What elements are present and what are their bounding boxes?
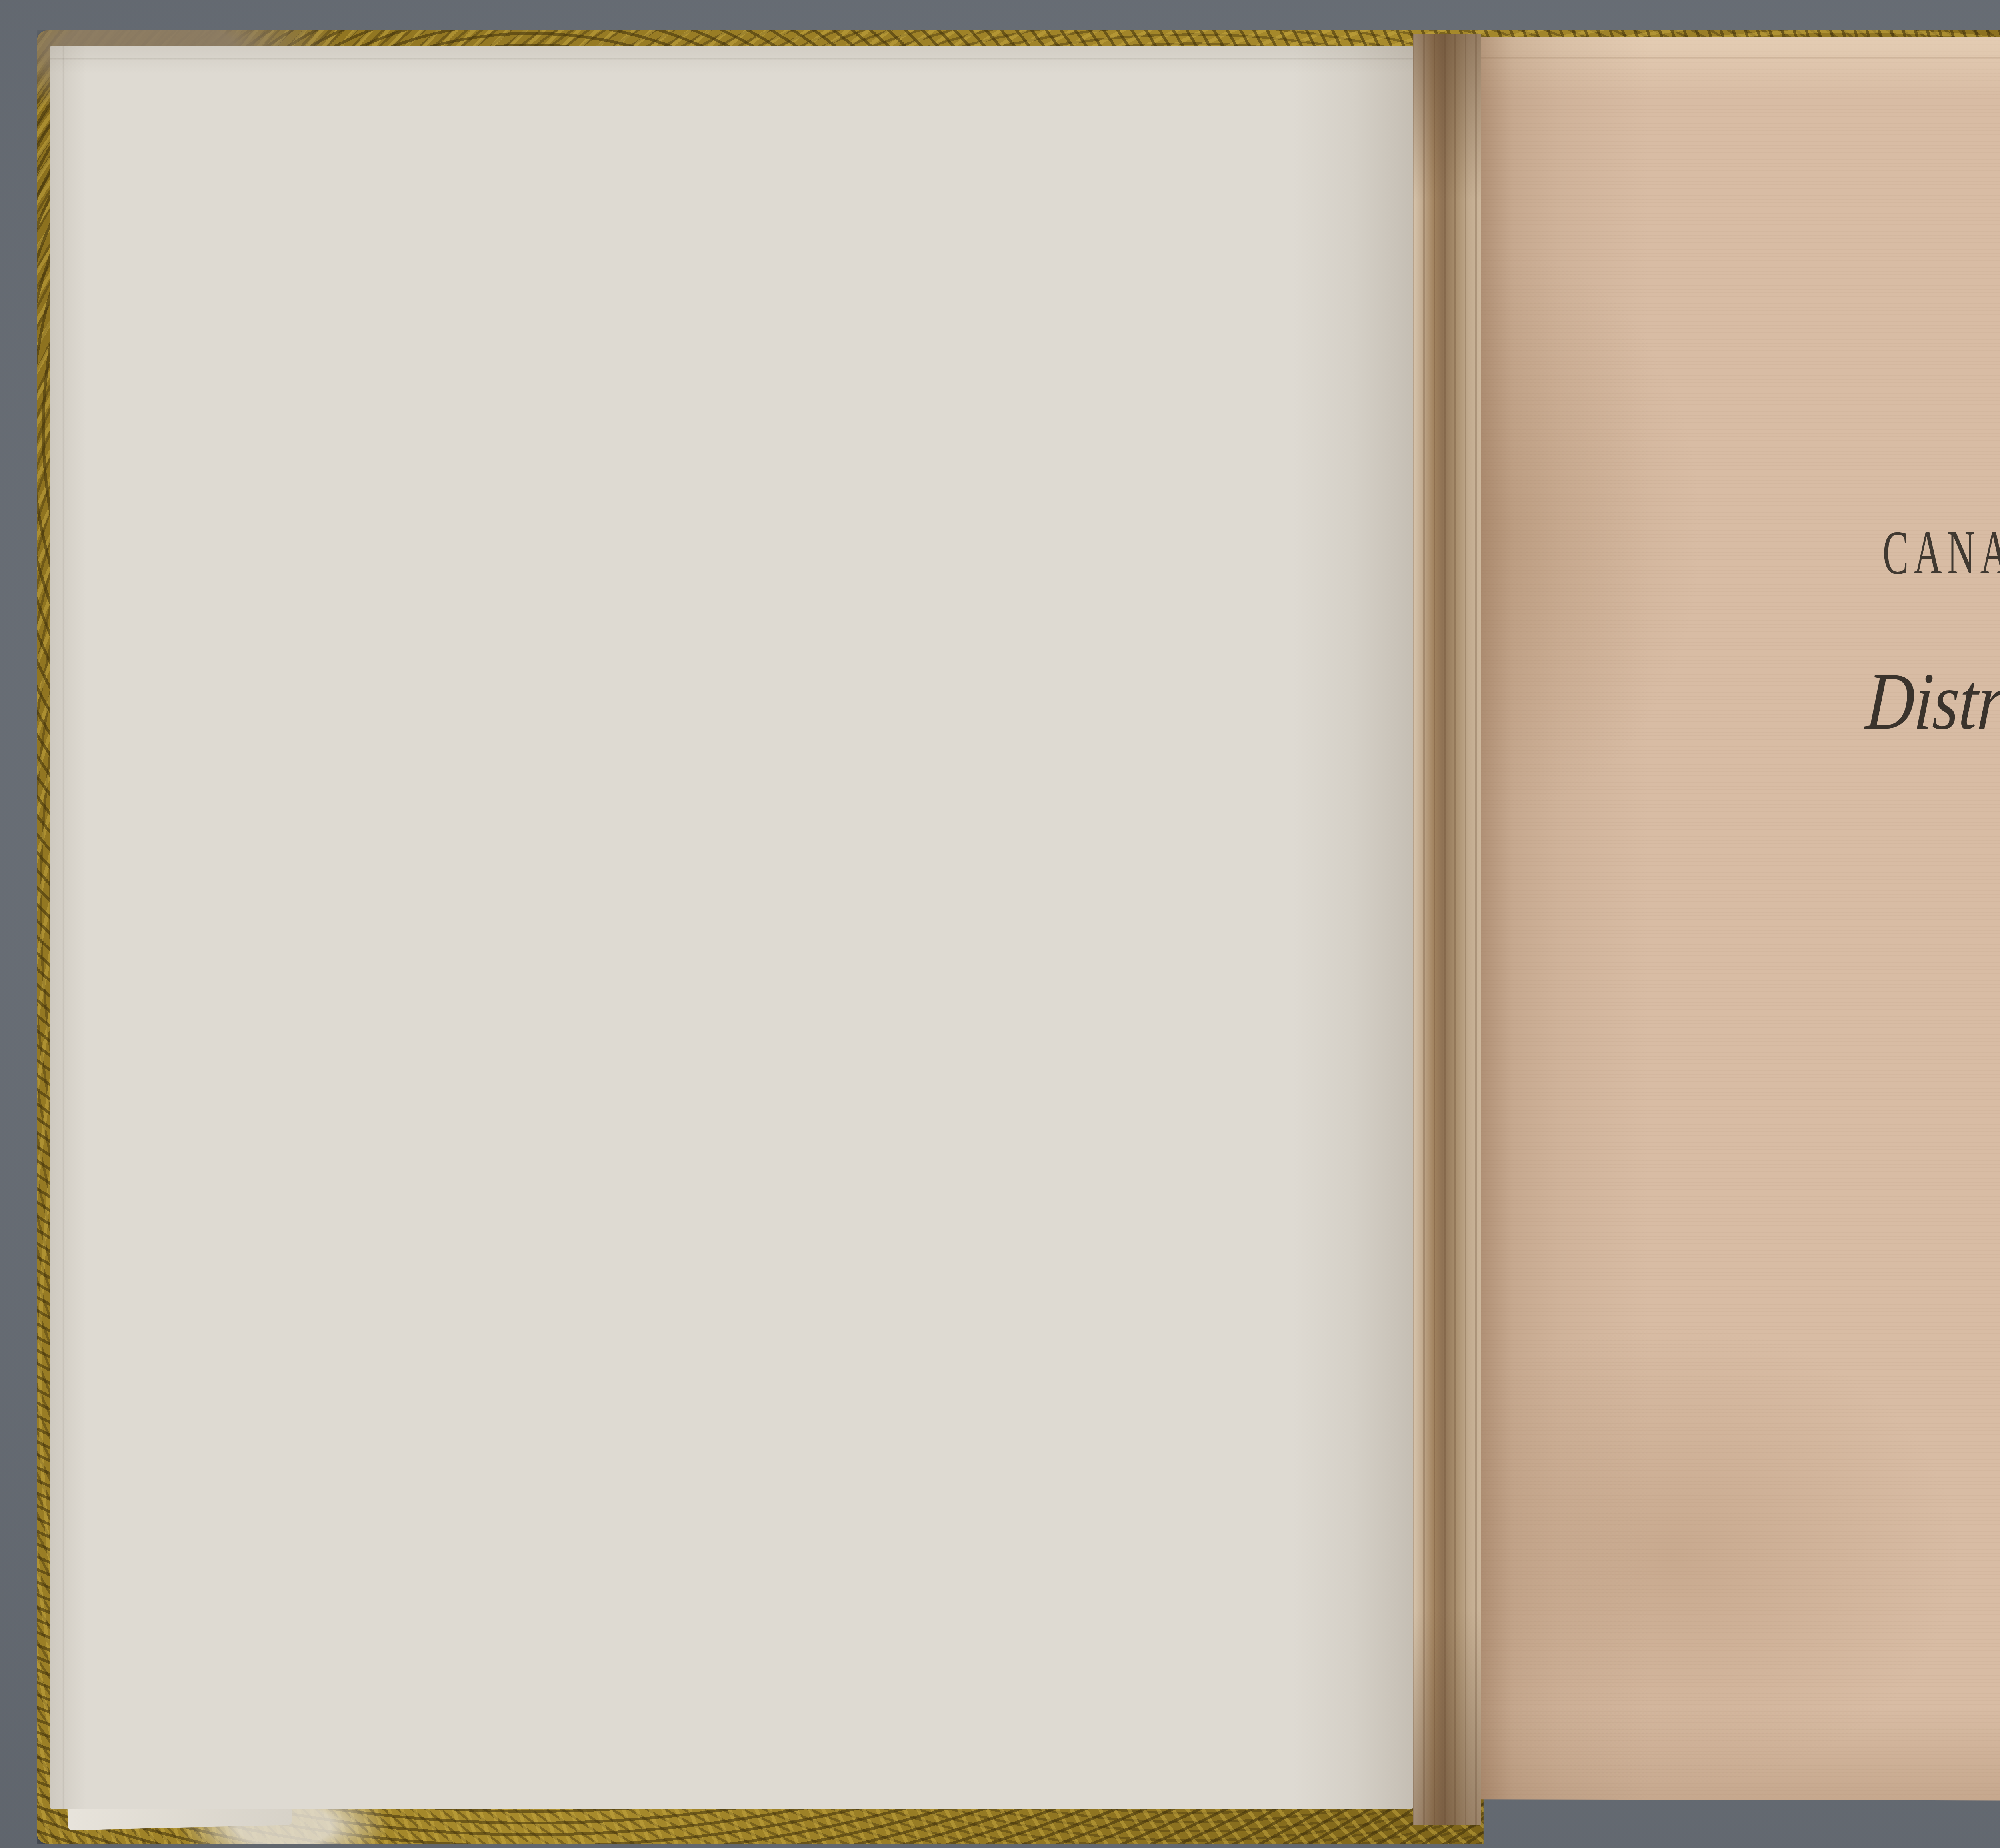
book-gutter xyxy=(1413,34,1481,1825)
title-block: CANAL DE CARPENTRAS Distribution des Eau… xyxy=(1792,0,2000,1848)
commune-label: COMMUNE xyxy=(1932,821,2000,911)
photo-backdrop: CANAL DE CARPENTRAS Distribution des Eau… xyxy=(0,0,2000,1848)
commune-name: LORIOL xyxy=(1880,985,2000,1097)
blank-left-page xyxy=(50,46,1413,1809)
de-label: DE xyxy=(1888,935,2000,978)
subtitle-script: Distribution des Eaux xyxy=(1856,655,2000,749)
page-title: CANAL DE CARPENTRAS xyxy=(1866,517,2000,589)
